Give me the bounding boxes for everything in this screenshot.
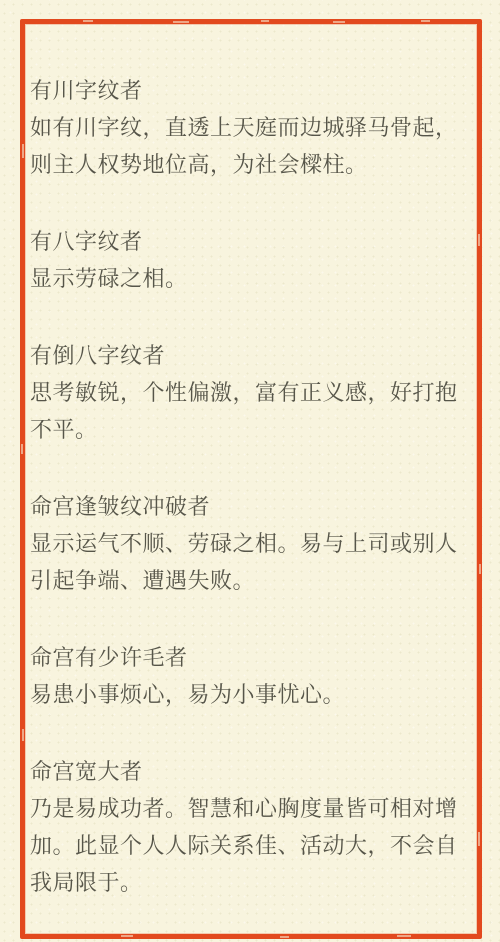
border-texture-nick <box>479 564 481 574</box>
section: 命宫有少许毛者 易患小事烦心，易为小事忧心。 <box>30 639 470 713</box>
border-texture-nick <box>280 936 289 938</box>
section: 命宫宽大者 乃是易成功者。智慧和心胸度量皆可相对增加。此显个人人际关系佳、活动大… <box>30 753 470 901</box>
section-heading: 有八字纹者 <box>30 223 470 260</box>
border-texture-nick <box>261 20 269 22</box>
border-texture-nick <box>21 444 23 454</box>
section-body: 显示运气不顺、劳碌之相。易与上司或别人引起争端、遭遇失败。 <box>30 525 470 599</box>
article-text: 有川字纹者 如有川字纹，直透上天庭而边城驿马骨起，则主人权势地位高，为社会樑柱。… <box>30 72 470 901</box>
section-body: 如有川字纹，直透上天庭而边城驿马骨起，则主人权势地位高，为社会樑柱。 <box>30 109 470 183</box>
border-texture-nick <box>121 935 133 937</box>
border-texture-nick <box>22 729 24 741</box>
border-texture-nick <box>397 935 411 937</box>
section: 有川字纹者 如有川字纹，直透上天庭而边城驿马骨起，则主人权势地位高，为社会樑柱。 <box>30 72 470 183</box>
border-texture-nick <box>478 234 480 246</box>
section-body: 乃是易成功者。智慧和心胸度量皆可相对增加。此显个人人际关系佳、活动大，不会自我局… <box>30 790 470 901</box>
section: 有八字纹者 显示劳碌之相。 <box>30 223 470 297</box>
border-texture-nick <box>421 20 430 22</box>
border-texture-nick <box>333 21 345 23</box>
section-body: 易患小事烦心，易为小事忧心。 <box>30 676 470 713</box>
section-heading: 命宫宽大者 <box>30 753 470 790</box>
section-body: 思考敏锐，个性偏激，富有正义感，好打抱不平。 <box>30 374 470 448</box>
border-texture-nick <box>22 144 24 158</box>
border-texture-nick <box>83 20 93 22</box>
section: 有倒八字纹者 思考敏锐，个性偏激，富有正义感，好打抱不平。 <box>30 337 470 448</box>
section-heading: 命宫有少许毛者 <box>30 639 470 676</box>
section-body: 显示劳碌之相。 <box>30 260 470 297</box>
border-texture-nick <box>478 832 480 846</box>
border-texture-nick <box>173 21 189 23</box>
section-heading: 有倒八字纹者 <box>30 337 470 374</box>
section-heading: 命宫逢皱纹冲破者 <box>30 488 470 525</box>
section-heading: 有川字纹者 <box>30 72 470 109</box>
section: 命宫逢皱纹冲破者 显示运气不顺、劳碌之相。易与上司或别人引起争端、遭遇失败。 <box>30 488 470 599</box>
